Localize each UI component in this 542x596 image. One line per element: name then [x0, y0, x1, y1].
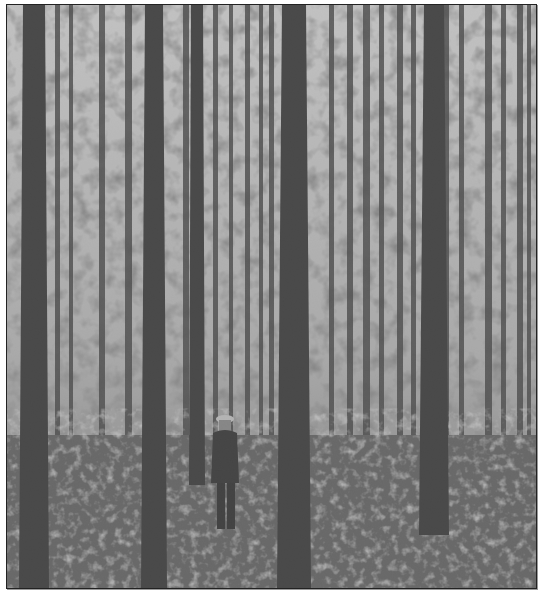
forest-photo: [7, 5, 536, 588]
photo-frame: Black-and-white photograph of a tall pin…: [6, 4, 537, 589]
